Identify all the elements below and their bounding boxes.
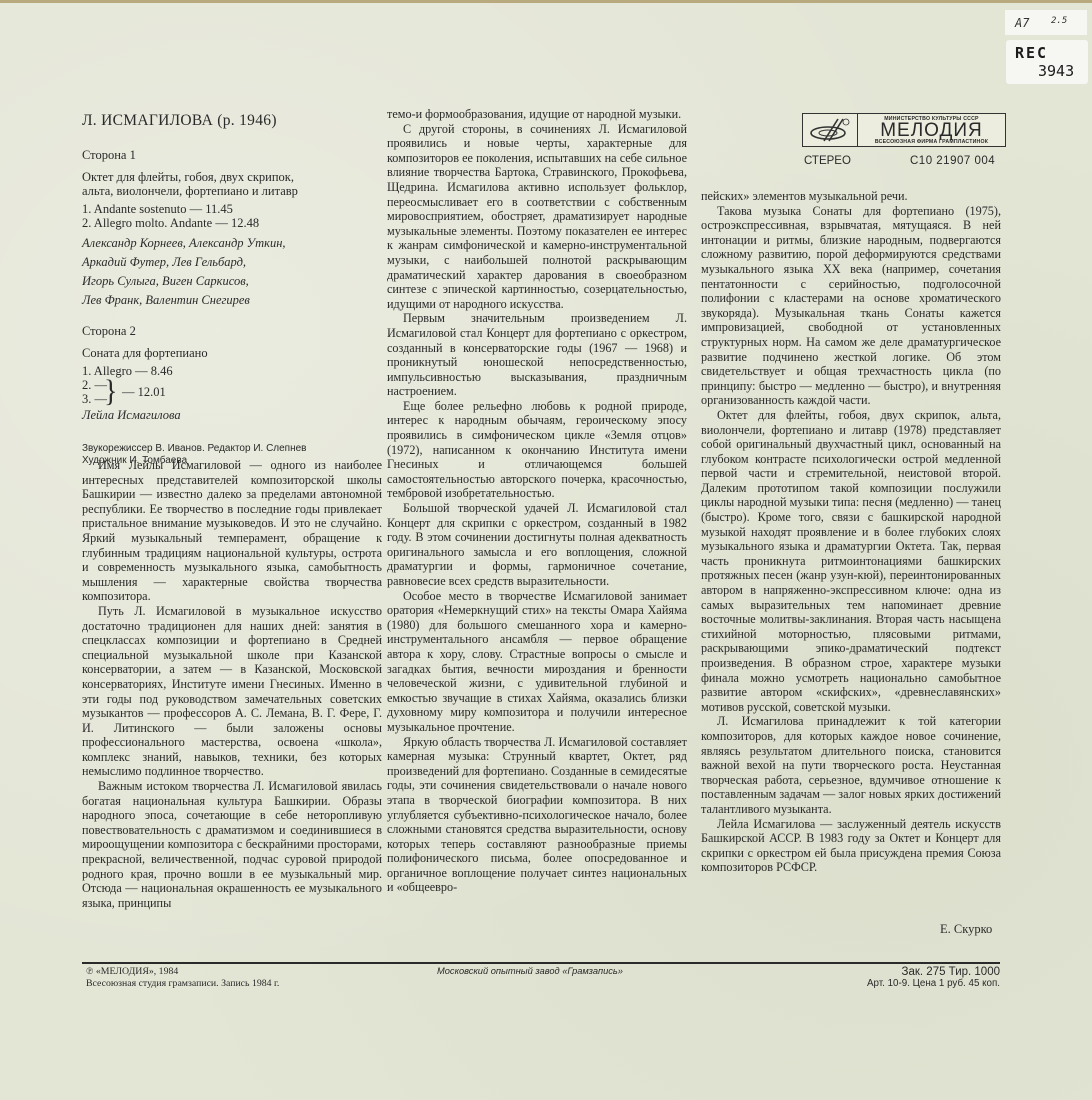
paragraph: Первым значительным произведением Л. Исм… [387,311,687,399]
bracketed-tracks: 2. — 3. — } — 12.01 [82,378,382,406]
handwritten-code: А7 [1015,16,1029,30]
author-signature: Е. Скурко [940,922,992,937]
side-2-title: Сторона 2 [82,324,382,339]
paragraph: Имя Лейлы Исмагиловой — одного из наибол… [82,458,382,604]
track-item: 2. Allegro molto. Andante — 12.48 [82,216,382,230]
side-1-title: Сторона 1 [82,148,382,163]
article-column-1: Имя Лейлы Исмагиловой — одного из наибол… [82,458,382,910]
paragraph: Яркую область творчества Л. Исмагиловой … [387,735,687,896]
paragraph: Л. Исмагилова принадлежит к той категори… [701,714,1001,816]
paragraph: Октет для флейты, гобоя, двух скрипок, а… [701,408,1001,714]
paragraph: Еще более рельефно любовь к родной приро… [387,399,687,501]
catalog-number: С10 21907 004 [910,155,995,167]
paragraph: Путь Л. Исмагиловой в музыкальное искусс… [82,604,382,779]
track-item: 1. Allegro — 8.46 [82,364,382,378]
combined-duration: — 12.01 [122,385,166,399]
paragraph: Лейла Исмагилова — заслуженный деятель и… [701,817,1001,875]
composer-title: Л. ИСМАГИЛОВА (р. 1946) [82,112,382,130]
pianist: Лейла Исмагилова [82,406,382,425]
paragraph: Такова музыка Сонаты для фортепиано (197… [701,204,1001,408]
footer-plant: Московский опытный завод «Грамзапись» [437,966,623,976]
footer-divider [82,962,1000,964]
paragraph: С другой стороны, в сочинениях Л. Исмаги… [387,122,687,312]
article-column-3: пейских» элементов музыкальной речи. Так… [701,189,1001,875]
track-listing: Л. ИСМАГИЛОВА (р. 1946) Сторона 1 Октет … [82,112,382,467]
melodiya-logo-icon [803,114,858,146]
paragraph: Большой творческой удачей Л. Исмагиловой… [387,501,687,589]
melodiya-logo: МИНИСТЕРСТВО КУЛЬТУРЫ СССР МЕЛОДИЯ ВСЕСО… [802,113,1006,147]
library-code: REC [1015,44,1048,62]
record-sleeve-back: А7 2.5 REC 3943 Л. ИСМАГИЛОВА (р. 1946) … [0,0,1092,1100]
logo-text: МИНИСТЕРСТВО КУЛЬТУРЫ СССР МЕЛОДИЯ ВСЕСО… [858,114,1005,146]
track-item: 1. Andante sostenuto — 11.45 [82,202,382,216]
paragraph: Важным истоком творчества Л. Исмагиловой… [82,779,382,910]
company-text: ВСЕСОЮЗНАЯ ФИРМА ГРАМПЛАСТИНОК [875,139,988,145]
article-column-2: темо-и формообразования, идущие от народ… [387,107,687,895]
format-label: СТЕРЕО [804,155,851,167]
footer-print-info: Зак. 275 Тир. 1000 Арт. 10-9. Цена 1 руб… [860,966,1000,990]
performers: Александр Корнеев, Александр Уткин, Арка… [82,234,382,310]
paragraph-continuation: пейских» элементов музыкальной речи. [701,189,1001,204]
side-1-work: Октет для флейты, гобоя, двух скрипок, а… [82,170,382,198]
paragraph: Особое место в творчестве Исмагиловой за… [387,589,687,735]
side-2-work: Соната для фортепиано [82,346,382,360]
sleeve-top-edge [0,0,1092,3]
footer-copyright: ℗ «МЕЛОДИЯ», 1984 Всесоюзная студия грам… [86,966,279,990]
library-sticker: REC 3943 [1006,40,1088,84]
brace-icon: } [104,379,117,405]
handwritten-sticker: А7 2.5 [1005,10,1087,35]
paragraph-continuation: темо-и формообразования, идущие от народ… [387,107,687,122]
handwritten-price: 2.5 [1051,16,1067,26]
brand-name: МЕЛОДИЯ [880,122,983,139]
library-number: 3943 [1038,62,1074,80]
